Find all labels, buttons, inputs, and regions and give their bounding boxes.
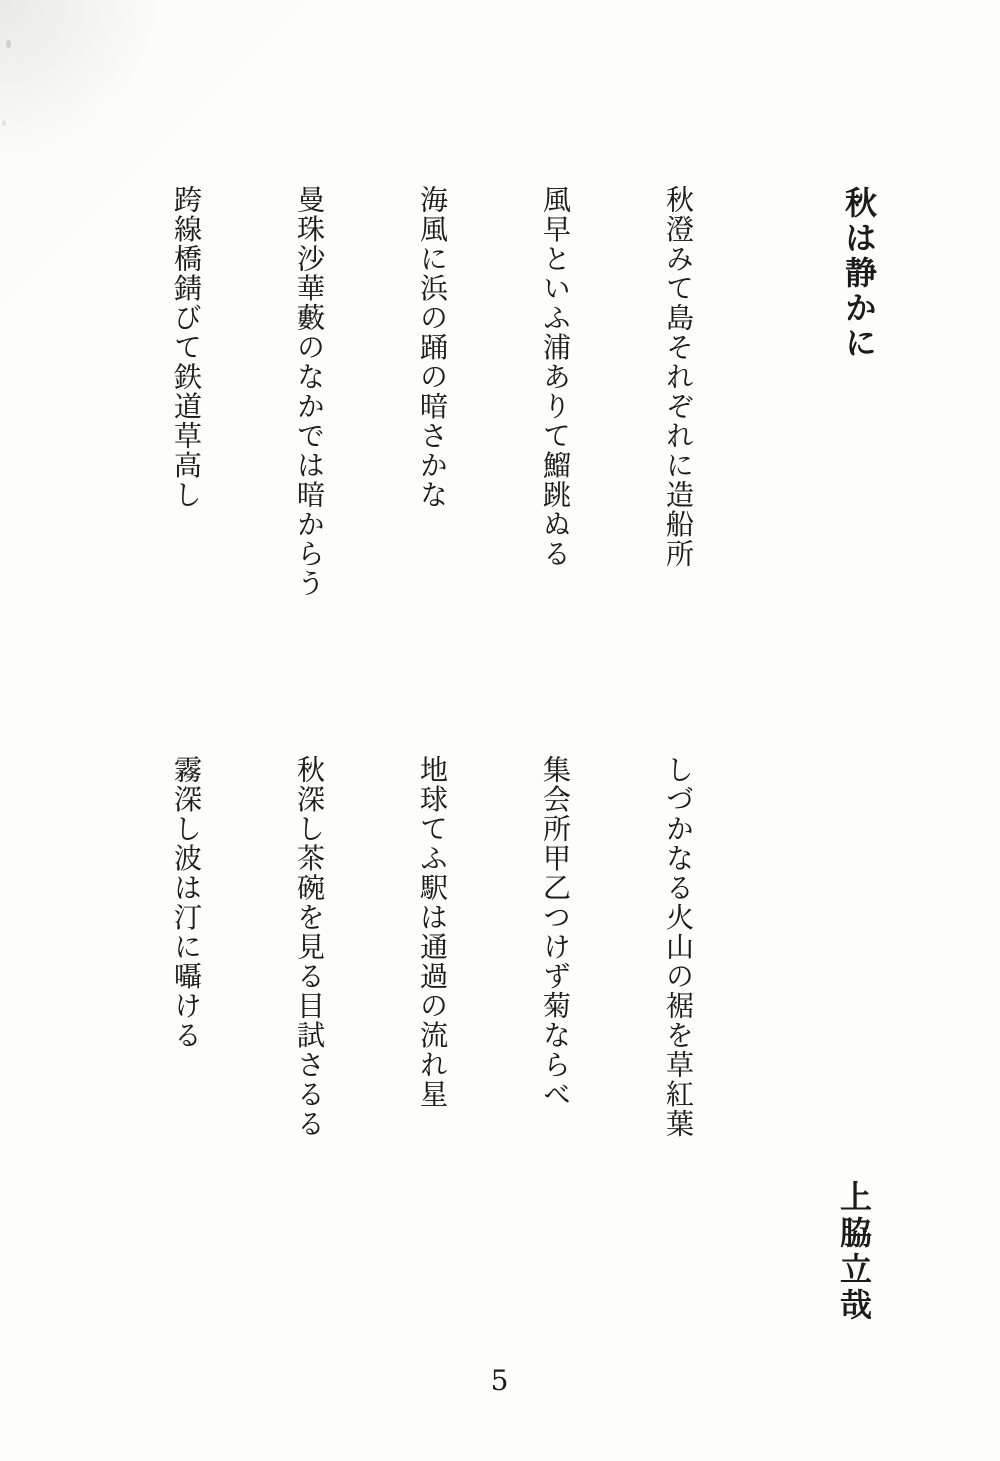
haiku-line: 集会所甲乙つけず菊ならべ: [494, 755, 617, 1139]
page-number: 5: [440, 1364, 560, 1397]
scan-artifact: [6, 40, 11, 48]
page-title: 秋は静かに: [836, 186, 882, 361]
haiku-line: 地球てふ駅は通過の流れ星: [371, 755, 494, 1139]
author-name: 上脇立哉: [831, 1180, 877, 1324]
book-page: 秋は静かに 秋澄みて島それぞれに造船所 風早といふ浦ありて鰡跳ぬる 海風に浜の踊…: [0, 0, 1000, 1461]
haiku-line: 海風に浜の踊の暗さかな: [371, 185, 494, 598]
haiku-line: 秋深し茶碗を見る目試さるる: [248, 755, 371, 1139]
haiku-line: しづかなる火山の裾を草紅葉: [617, 755, 740, 1139]
haiku-line: 跨線橋錆びて鉄道草高し: [125, 185, 248, 598]
haiku-line: 曼珠沙華藪のなかでは暗からう: [248, 185, 371, 598]
scan-artifact: [2, 120, 6, 126]
haiku-line: 霧深し波は汀に囁ける: [125, 755, 248, 1139]
haiku-group-upper: 秋澄みて島それぞれに造船所 風早といふ浦ありて鰡跳ぬる 海風に浜の踊の暗さかな …: [125, 185, 740, 598]
haiku-line: 秋澄みて島それぞれに造船所: [617, 185, 740, 598]
haiku-group-lower: しづかなる火山の裾を草紅葉 集会所甲乙つけず菊ならべ 地球てふ駅は通過の流れ星 …: [125, 755, 740, 1139]
haiku-line: 風早といふ浦ありて鰡跳ぬる: [494, 185, 617, 598]
